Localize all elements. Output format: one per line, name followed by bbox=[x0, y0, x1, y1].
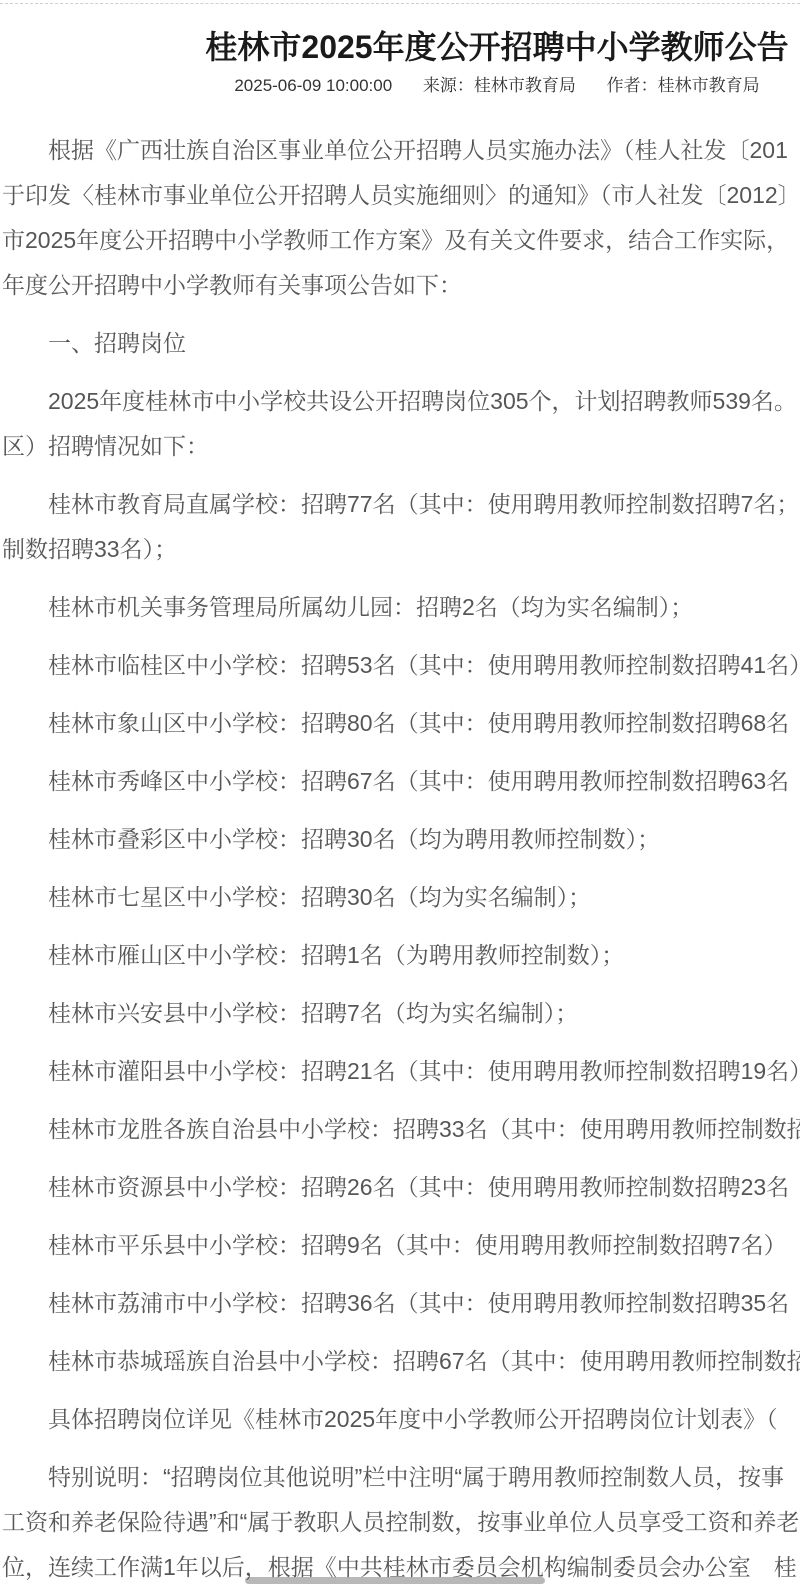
body-line: 根据《广西壮族自治区事业单位公开招聘人员实施办法》（桂人社发〔201 bbox=[2, 128, 800, 173]
body-line: 桂林市机关事务管理局所属幼儿园：招聘2名（均为实名编制）； bbox=[2, 585, 800, 630]
body-line: 桂林市七星区中小学校：招聘30名（均为实名编制）； bbox=[2, 875, 800, 920]
announcement-page: 桂林市2025年度公开招聘中小学教师公告 2025-06-09 10:00:00… bbox=[0, 0, 800, 1588]
body-line: 桂林市荔浦市中小学校：招聘36名（其中：使用聘用教师控制数招聘35名 bbox=[2, 1281, 800, 1326]
body-line: 制数招聘33名）； bbox=[2, 527, 800, 572]
body-line: 工资和养老保险待遇”和“属于教职人员控制数，按事业单位人员享受工资和养老 bbox=[2, 1500, 800, 1545]
body-line: 桂林市雁山区中小学校：招聘1名（为聘用教师控制数）； bbox=[2, 933, 800, 978]
article-body: 根据《广西壮族自治区事业单位公开招聘人员实施办法》（桂人社发〔201于印发〈桂林… bbox=[2, 128, 800, 1588]
article: 桂林市2025年度公开招聘中小学教师公告 2025-06-09 10:00:00… bbox=[2, 0, 800, 1588]
body-line: 桂林市象山区中小学校：招聘80名（其中：使用聘用教师控制数招聘68名 bbox=[2, 701, 800, 746]
author-label: 作者：桂林市教育局 bbox=[607, 74, 760, 98]
body-line: 具体招聘岗位详见《桂林市2025年度中小学教师公开招聘岗位计划表》（ bbox=[2, 1397, 800, 1442]
body-line: 桂林市叠彩区中小学校：招聘30名（均为聘用教师控制数）； bbox=[2, 817, 800, 862]
body-line: 桂林市资源县中小学校：招聘26名（其中：使用聘用教师控制数招聘23名 bbox=[2, 1165, 800, 1210]
horizontal-scrollbar-thumb[interactable] bbox=[245, 1577, 545, 1584]
body-line: 桂林市平乐县中小学校：招聘9名（其中：使用聘用教师控制数招聘7名） bbox=[2, 1223, 800, 1268]
body-line: 桂林市恭城瑶族自治县中小学校：招聘67名（其中：使用聘用教师控制数招 bbox=[2, 1339, 800, 1384]
page-title: 桂林市2025年度公开招聘中小学教师公告 bbox=[2, 25, 800, 69]
source-label: 来源：桂林市教育局 bbox=[423, 74, 576, 98]
body-line: 年度公开招聘中小学教师有关事项公告如下： bbox=[2, 263, 800, 308]
body-line: 2025年度桂林市中小学校共设公开招聘岗位305个，计划招聘教师539名。 bbox=[2, 379, 800, 424]
body-line: 特别说明：“招聘岗位其他说明”栏中注明“属于聘用教师控制数人员，按事 bbox=[2, 1455, 800, 1500]
body-line: 桂林市兴安县中小学校：招聘7名（均为实名编制）； bbox=[2, 991, 800, 1036]
article-meta: 2025-06-09 10:00:00 来源：桂林市教育局 作者：桂林市教育局 bbox=[2, 74, 800, 98]
body-line: 桂林市龙胜各族自治县中小学校：招聘33名（其中：使用聘用教师控制数招 bbox=[2, 1107, 800, 1152]
body-line: 桂林市秀峰区中小学校：招聘67名（其中：使用聘用教师控制数招聘63名 bbox=[2, 759, 800, 804]
body-line: 于印发〈桂林市事业单位公开招聘人员实施细则〉的通知》（市人社发〔2012〕 bbox=[2, 173, 800, 218]
body-line: 市2025年度公开招聘中小学教师工作方案》及有关文件要求，结合工作实际， bbox=[2, 218, 800, 263]
body-line: 区）招聘情况如下： bbox=[2, 424, 800, 469]
body-line: 桂林市灌阳县中小学校：招聘21名（其中：使用聘用教师控制数招聘19名） bbox=[2, 1049, 800, 1094]
publish-datetime: 2025-06-09 10:00:00 bbox=[234, 74, 392, 98]
body-line: 桂林市临桂区中小学校：招聘53名（其中：使用聘用教师控制数招聘41名） bbox=[2, 643, 800, 688]
section-heading: 一、招聘岗位 bbox=[2, 321, 800, 366]
body-line: 桂林市教育局直属学校：招聘77名（其中：使用聘用教师控制数招聘7名； bbox=[2, 482, 800, 527]
